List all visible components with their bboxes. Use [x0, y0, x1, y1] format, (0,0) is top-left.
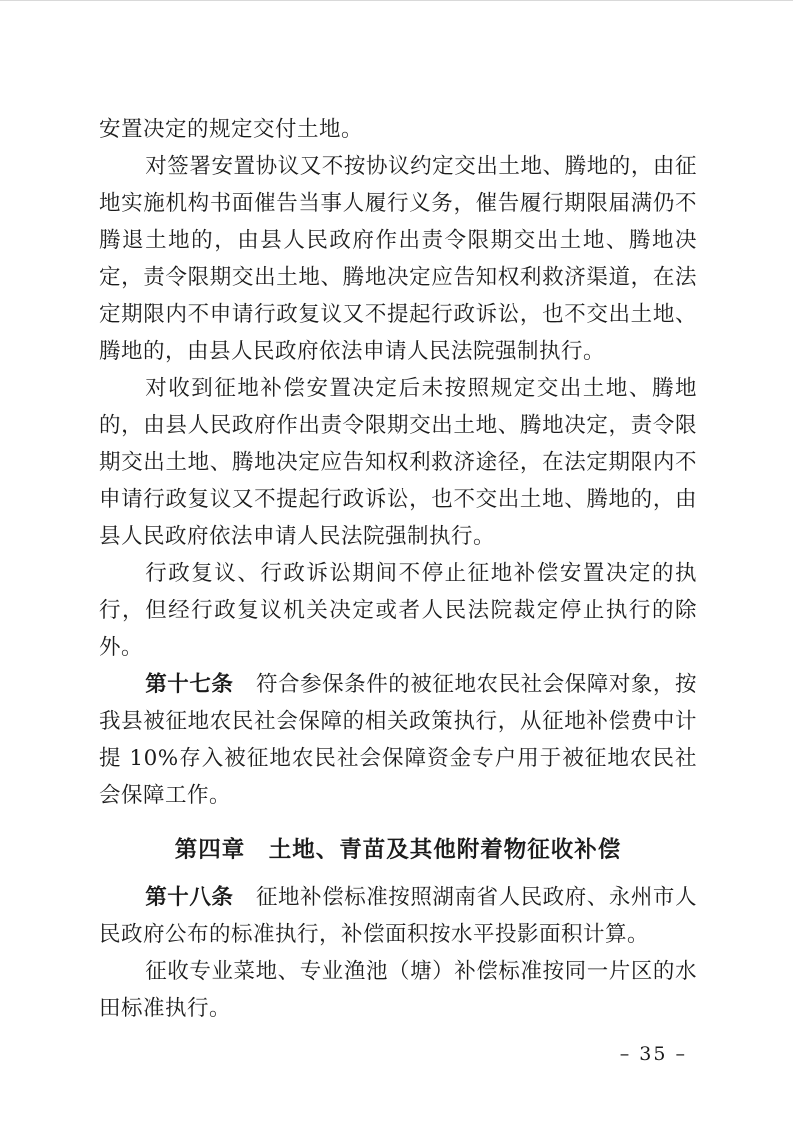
paragraph-review-no-suspension: 行政复议、行政诉讼期间不停止征地补偿安置决定的执行，但经行政复议机关决定或者人民…: [99, 555, 697, 666]
page-number: – 35 –: [620, 1043, 687, 1065]
chapter-4-heading: 第四章 土地、青苗及其他附着物征收补偿: [99, 832, 697, 869]
paragraph-surrender-after-agreement: 对签署安置协议又不按协议约定交出土地、腾地的，由征地实施机构书面催告当事人履行义…: [99, 148, 697, 370]
paragraph-continuation: 安置决定的规定交付土地。: [99, 111, 697, 148]
paragraph-article-18: 第十八条征地补偿标准按照湖南省人民政府、永州市人民政府公布的标准执行，补偿面积按…: [99, 879, 697, 953]
paragraph-surrender-after-decision: 对收到征地补偿安置决定后未按照规定交出土地、腾地的，由县人民政府作出责令限期交出…: [99, 370, 697, 555]
article-17-number: 第十七条: [145, 672, 233, 697]
article-18-number: 第十八条: [145, 885, 233, 910]
paragraph-article-17: 第十七条符合参保条件的被征地农民社会保障对象，按我县被征地农民社会保障的相关政策…: [99, 666, 697, 814]
document-body: 安置决定的规定交付土地。 对签署安置协议又不按协议约定交出土地、腾地的，由征地实…: [99, 111, 697, 1027]
paragraph-vegetable-fishpond: 征收专业菜地、专业渔池（塘）补偿标准按同一片区的水田标准执行。: [99, 953, 697, 1027]
document-page: 安置决定的规定交付土地。 对签署安置协议又不按协议约定交出土地、腾地的，由征地实…: [0, 0, 793, 1122]
